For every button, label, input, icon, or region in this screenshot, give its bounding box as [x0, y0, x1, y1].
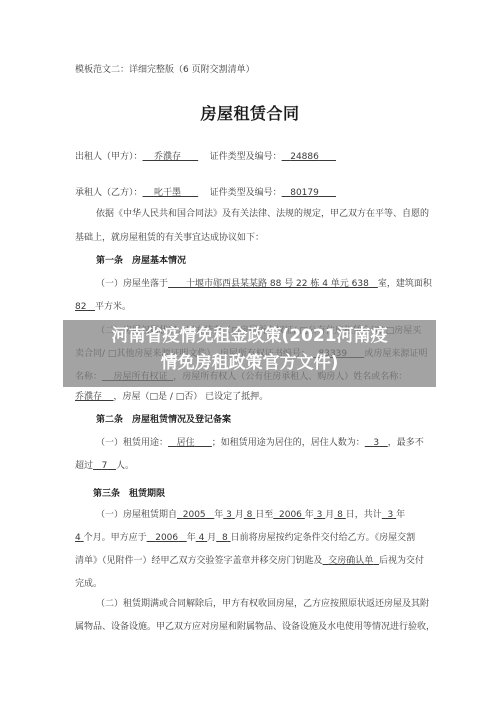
- article-2-item-1: （一）租赁用途： 居住 ；如租赁用途为居住的，居住人数为： 3 ，最多不: [96, 437, 424, 449]
- lessor-line: 出租人（甲方）： 乔濮存 证件类型及编号： 24886: [75, 151, 336, 163]
- start-month: 3: [223, 510, 234, 520]
- end-month: 3: [314, 510, 325, 520]
- lessee-id-label: 证件类型及编号：: [210, 188, 282, 198]
- lessee-name: 叱干墨: [143, 188, 199, 198]
- total-years: 3: [382, 510, 396, 520]
- article-3-item-1-line-3: 清单》（见附件一）经甲乙双方交验签字盖章并移交房门钥匙及 交房确认单 后视为交付: [75, 555, 424, 567]
- deliver-year: 2006: [147, 533, 187, 543]
- article-2-heading: 第二条 房屋租赁情况及登记备案: [96, 414, 231, 426]
- lessee-line: 承租人（乙方）： 叱干墨 证件类型及编号： 80179: [75, 187, 336, 199]
- lessee-label: 承租人（乙方）：: [75, 188, 143, 198]
- confirm-doc: 交房确认单: [323, 556, 379, 566]
- end-day: 8: [334, 510, 345, 520]
- start-year: 2005: [177, 510, 214, 520]
- rental-purpose: 居住: [168, 438, 212, 448]
- preamble-line-2: 基础上，就房屋租赁的有关事宜达成协议如下：: [75, 232, 264, 244]
- max-residents-line: 超过 7 人。: [75, 460, 134, 472]
- lessor-id-value: 24886: [282, 152, 336, 162]
- article-3-item-1-line-1: （一）房屋租赁期自 2005 年 3 月 8 日至 2006 年 3 月 8 日…: [96, 509, 405, 521]
- owner-name: 乔濮存: [75, 392, 113, 402]
- deliver-day: 8: [216, 533, 230, 543]
- area-value: 82: [75, 302, 95, 312]
- end-year: 2006: [273, 510, 305, 520]
- lessor-name: 乔濮存: [143, 152, 199, 162]
- property-address: 十堰市郧西县某某路 88 号 22 栋 4 单元 638: [168, 279, 378, 289]
- article-1-heading: 第一条 房屋基本情况: [96, 255, 186, 267]
- max-residents: 7: [93, 461, 116, 471]
- owner-mortgage-line: 乔濮存 ，房屋（□是 / □否） 已设定了抵押。: [75, 391, 268, 403]
- lessee-id-value: 80179: [282, 188, 336, 198]
- total-months: 4: [75, 533, 84, 543]
- overlay-title-line-2: 情免房租政策官方文件): [63, 352, 436, 374]
- article-3-item-1-line-2: 4 个月。甲方应于 2006 年 4 月 8 日前将房屋按约定条件交付给乙方。《…: [75, 532, 415, 544]
- lessor-id-label: 证件类型及编号：: [210, 152, 282, 162]
- deliver-month: 4: [196, 533, 207, 543]
- area-line: 82 平方米。: [75, 301, 131, 313]
- article-1-item-1: （一）房屋坐落于 十堰市郧西县某某路 88 号 22 栋 4 单元 638 室，…: [96, 278, 432, 290]
- article-3-item-2-line-1: （二）租赁期满或合同解除后，甲方有权收回房屋，乙方应按照原状返还房屋及其附: [96, 598, 429, 610]
- template-label: 模板范文二：详细完整版（6 页附交割清单）: [75, 64, 255, 76]
- resident-count: 3: [365, 438, 388, 448]
- start-day: 8: [244, 510, 255, 520]
- article-3-item-1-line-4: 完成。: [75, 578, 102, 590]
- document-title: 房屋租赁合同: [0, 101, 500, 124]
- lessor-label: 出租人（甲方）：: [75, 152, 143, 162]
- article-3-heading: 第三条 租赁期限: [93, 488, 165, 500]
- article-3-item-2-line-2: 属物品、设备设施。甲乙双方应对房屋和附属物品、设备设施及水电使用等情况进行验收，: [75, 621, 435, 633]
- overlay-title-line-1: 河南省疫情免租金政策(2021河南疫: [63, 325, 436, 347]
- preamble-line-1: 依据《中华人民共和国合同法》及有关法律、法规的规定，甲乙双方在平等、自愿的: [96, 208, 429, 220]
